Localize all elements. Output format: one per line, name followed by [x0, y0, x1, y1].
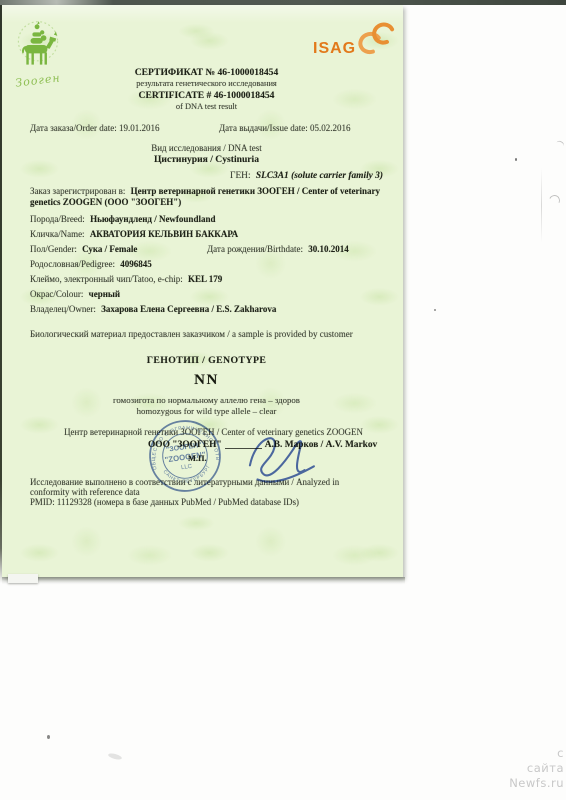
field-birthdate: Дата рождения/Birthdate: 30.10.2014	[207, 244, 349, 254]
site-watermark-line2: сайта	[509, 761, 564, 776]
order-date: Дата заказа/Order date: 19.01.2016	[30, 123, 219, 133]
test-name: Цистинурия / Cystinuria	[30, 154, 383, 165]
test-kind-block: Вид исследования / DNA test Цистинурия /…	[30, 143, 383, 165]
field-birthdate-value: 30.10.2014	[308, 244, 349, 254]
field-name-label: Кличка/Name:	[30, 229, 85, 239]
dust-speck	[108, 752, 123, 760]
gene-line: ГЕН: SLC3A1 (solute carrier family 3)	[30, 171, 383, 181]
field-pedigree: Родословная/Pedigree: 4096845	[30, 259, 383, 269]
field-gender-value: Сука / Female	[82, 244, 137, 254]
certificate-subtitle-en: of DNA test result	[30, 101, 383, 112]
field-tatoo-value: KEL 179	[188, 274, 222, 284]
dust-speck	[515, 158, 517, 161]
sample-note: Биологический материал предоставлен зака…	[30, 329, 383, 339]
dust-speck	[47, 735, 50, 739]
background-crease	[541, 168, 542, 243]
field-tatoo-label: Клеймо, электронный чип/Tatoo, e-chip:	[30, 274, 183, 284]
test-kind-label: Вид исследования / DNA test	[30, 143, 383, 154]
dust-speck	[547, 193, 561, 207]
field-pedigree-label: Родословная/Pedigree:	[30, 259, 115, 269]
gene-label: ГЕН:	[230, 171, 251, 181]
dust-speck	[555, 140, 565, 150]
certificate-header: СЕРТИФИКАТ № 46-1000018454 результата ге…	[30, 5, 383, 112]
gene-value: SLC3A1 (solute carrier family 3)	[256, 171, 383, 181]
issue-date: Дата выдачи/Issue date: 05.02.2016	[219, 123, 351, 133]
field-gender-label: Пол/Gender:	[30, 244, 77, 254]
field-tatoo: Клеймо, электронный чип/Tatoo, e-chip: K…	[30, 274, 383, 284]
genotype-result: NN	[30, 375, 383, 385]
genotype-heading: ГЕНОТИП / GENOTYPE	[30, 356, 383, 366]
field-pedigree-value: 4096845	[120, 259, 152, 269]
field-owner: Владелец/Owner: Захарова Елена Сергеевна…	[30, 304, 383, 314]
site-watermark: с сайта Newfs.ru	[509, 746, 564, 790]
registration-line: Заказ зарегистрирован в: Центр ветеринар…	[30, 186, 382, 207]
stamp-center-line3: LLC	[181, 464, 193, 472]
site-watermark-line1: с	[509, 746, 564, 761]
registration-label: Заказ зарегистрирован в:	[30, 186, 125, 196]
certificate-subtitle-ru: результата генетического исследования	[30, 78, 383, 89]
field-breed-label: Порода/Breed:	[30, 214, 85, 224]
field-colour-value: черный	[89, 289, 120, 299]
zoogen-round-stamp: ОБЩЕСТВО С ОГРАНИЧЕННОЙ ОТВЕТСТВЕННОСТЬЮ…	[133, 404, 237, 508]
field-owner-value: Захарова Елена Сергеевна / E.S. Zakharov…	[101, 304, 276, 314]
field-breed: Порода/Breed: Ньюфаундленд / Newfoundlan…	[30, 214, 383, 224]
field-colour: Окрас/Colour: черный	[30, 289, 383, 299]
signature-scribble	[238, 423, 324, 503]
certificate-title-en: CERTIFICATE # 46-1000018454	[30, 90, 383, 101]
stamp-ring-top-text: ОБЩЕСТВО С ОГРАНИЧЕННОЙ ОТВЕТСТВЕННОСТЬЮ	[133, 404, 221, 473]
animal-fields: Порода/Breed: Ньюфаундленд / Newfoundlan…	[30, 214, 383, 314]
field-name: Кличка/Name: АКВАТОРИЯ КЕЛЬВИН БАККАРА	[30, 229, 383, 239]
field-name-value: АКВАТОРИЯ КЕЛЬВИН БАККАРА	[90, 229, 238, 239]
site-watermark-line3: Newfs.ru	[509, 776, 564, 791]
certificate-scan: Зооген ISAG СЕРТИФИКАТ № 46-1000018454 р…	[2, 5, 403, 577]
field-gender-birthdate: Пол/Gender: Сука / Female Дата рождения/…	[30, 244, 383, 254]
dates-row: Дата заказа/Order date: 19.01.2016 Дата …	[30, 123, 383, 133]
svg-text:ОБЩЕСТВО С ОГРАНИЧЕННОЙ ОТВЕТС: ОБЩЕСТВО С ОГРАНИЧЕННОЙ ОТВЕТСТВЕННОСТЬЮ	[133, 404, 221, 473]
dust-speck	[434, 309, 436, 311]
field-birthdate-label: Дата рождения/Birthdate:	[207, 244, 303, 254]
certificate-title-ru: СЕРТИФИКАТ № 46-1000018454	[30, 67, 383, 78]
field-gender: Пол/Gender: Сука / Female	[30, 244, 207, 254]
scan-bottom-tab	[8, 574, 38, 583]
field-colour-label: Окрас/Colour:	[30, 289, 83, 299]
field-breed-value: Ньюфаундленд / Newfoundland	[90, 214, 215, 224]
field-owner-label: Владелец/Owner:	[30, 304, 96, 314]
